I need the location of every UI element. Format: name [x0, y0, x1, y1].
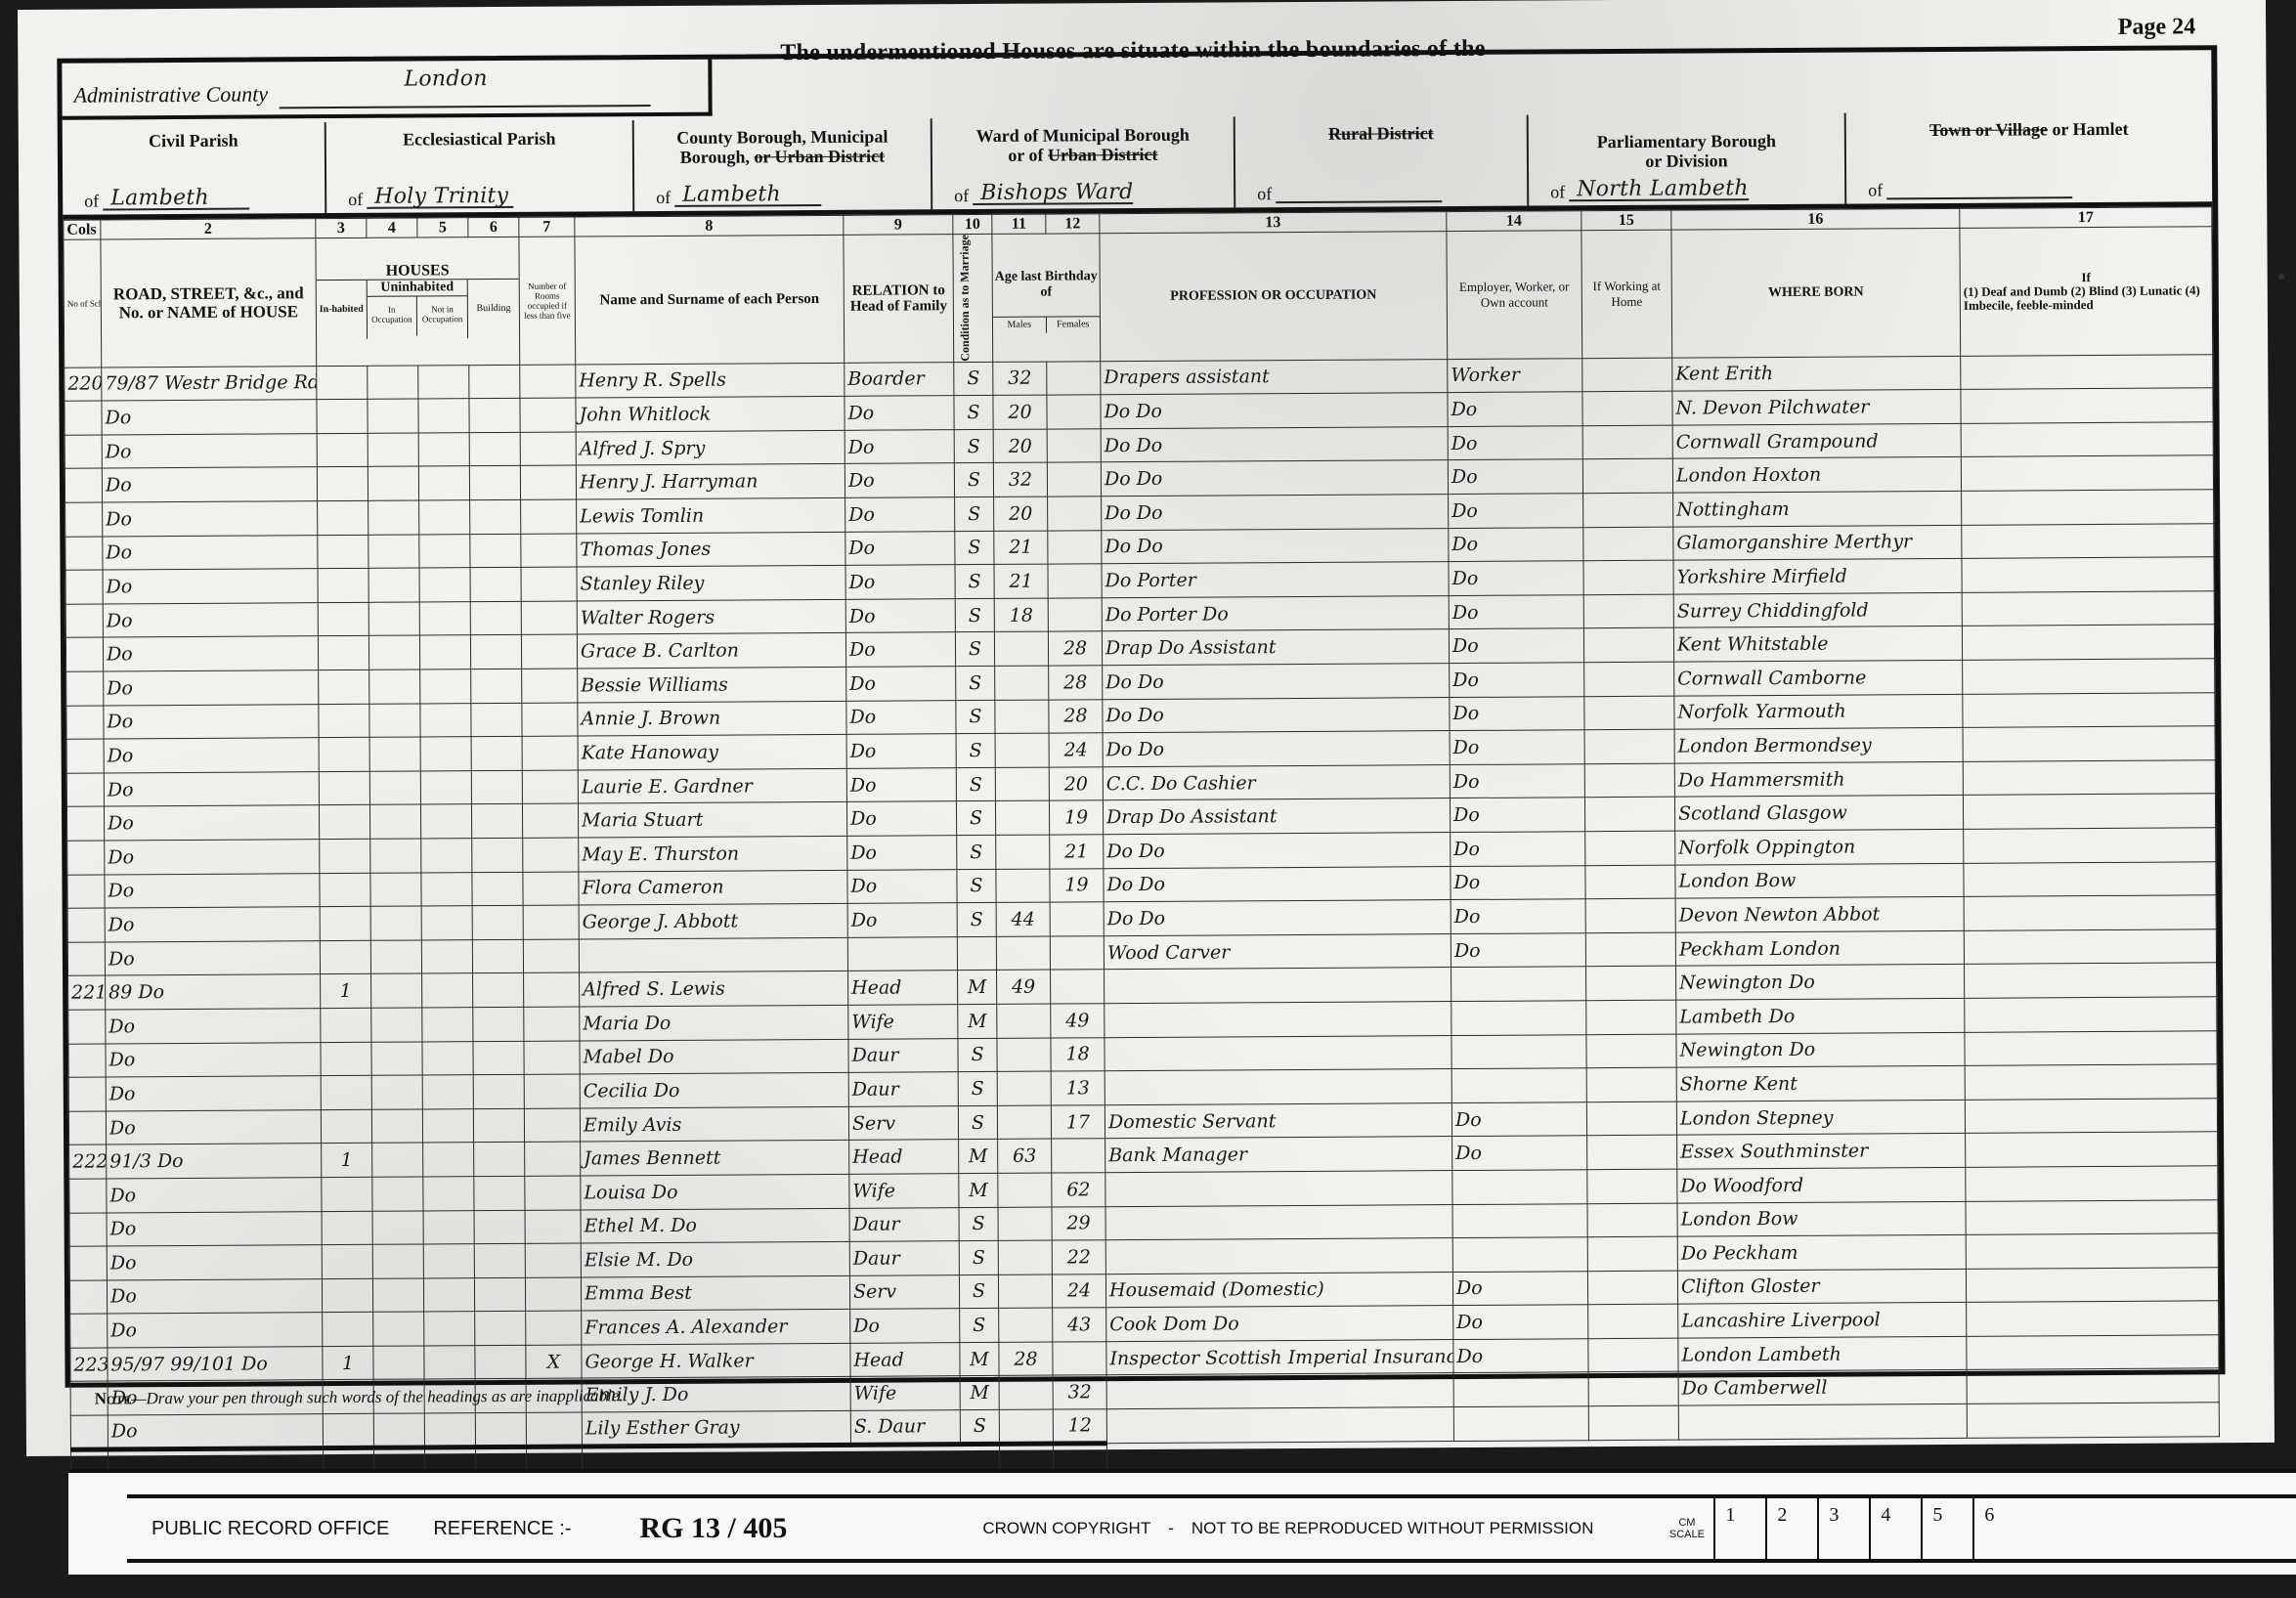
- schedule-number: [69, 1179, 107, 1213]
- houses-inhabited: [322, 1244, 372, 1278]
- infirmity: [1963, 794, 2215, 829]
- houses-in-occupation: [368, 602, 419, 636]
- col-working-home: If Working at Home: [1581, 230, 1672, 358]
- employment-status: Do: [1449, 561, 1583, 595]
- parliamentary-borough: Parliamentary Boroughor Division ofNorth…: [1529, 113, 1847, 206]
- schedule-number: [65, 502, 103, 537]
- houses-not-in-occupation: [424, 1413, 475, 1447]
- employment-status: [1451, 1001, 1586, 1035]
- road-street: Do: [104, 704, 319, 739]
- infirmity: [1963, 692, 2215, 727]
- road-street: Do: [105, 840, 320, 875]
- rooms-count: [520, 398, 576, 432]
- occupation: Domestic Servant: [1105, 1102, 1451, 1139]
- road-street: Do: [106, 1042, 321, 1077]
- employment-status: Do: [1449, 628, 1583, 663]
- marital-condition: S: [955, 531, 994, 565]
- houses-inhabited: [318, 569, 368, 603]
- person-name: Flora Cameron: [579, 870, 847, 905]
- infirmity: [1965, 963, 2217, 998]
- employment-status: [1453, 1406, 1588, 1441]
- age-male: 21: [994, 564, 1048, 598]
- relation-to-head: Do: [850, 1309, 960, 1343]
- age-male: [995, 767, 1049, 801]
- houses-not-in-occupation: [424, 1312, 475, 1346]
- houses-not-in-occupation: [422, 1041, 473, 1075]
- age-male: 32: [993, 463, 1047, 497]
- person-name: Henry R. Spells: [576, 363, 845, 398]
- employment-status: [1451, 1068, 1586, 1102]
- employment-status: Do: [1450, 663, 1584, 697]
- relation-to-head: Do: [845, 463, 954, 497]
- relation-to-head: Wife: [848, 1005, 958, 1039]
- relation-to-head: Do: [845, 396, 954, 430]
- occupation: [1105, 1238, 1452, 1274]
- infirmity: [1963, 726, 2215, 761]
- infirmity: [1966, 1233, 2218, 1269]
- schedule-number: [65, 468, 102, 502]
- road-street: Do: [104, 805, 319, 841]
- person-name: Lily Esther Gray: [582, 1410, 850, 1446]
- houses-inhabited: [319, 771, 369, 805]
- road-street: Do: [103, 535, 318, 570]
- occupation: Wood Carver: [1104, 933, 1451, 970]
- employment-status: Do: [1448, 426, 1582, 460]
- occupation: Do Do: [1103, 664, 1450, 700]
- houses-inhabited: [318, 602, 368, 636]
- houses-not-in-occupation: [420, 703, 471, 737]
- relation-to-head: Do: [845, 598, 955, 632]
- schedule-number: [66, 739, 104, 773]
- infirmity: [1961, 354, 2213, 389]
- relation-to-head: [847, 936, 957, 971]
- houses-building: [475, 1312, 526, 1346]
- houses-building: [469, 432, 520, 466]
- houses-not-in-occupation: [423, 1244, 474, 1278]
- page-number: Page 24: [2118, 14, 2195, 40]
- schedule-number: [70, 1415, 108, 1449]
- houses-building: [475, 1412, 526, 1447]
- houses-building: [473, 1108, 524, 1143]
- occupation: Do Do: [1104, 833, 1451, 869]
- working-at-home: [1586, 1034, 1676, 1068]
- age-male: [996, 936, 1050, 971]
- age-male: [999, 1376, 1053, 1410]
- working-at-home: [1583, 527, 1673, 561]
- working-at-home: [1584, 763, 1674, 798]
- birthplace: London Stepney: [1676, 1100, 1965, 1135]
- birthplace: Glamorganshire Merthyr: [1673, 525, 1962, 560]
- occupation: Do Do: [1103, 731, 1450, 767]
- birthplace: Do Woodford: [1677, 1167, 1966, 1202]
- birthplace: London Bermondsey: [1674, 728, 1963, 763]
- person-name: Cecilia Do: [580, 1072, 848, 1107]
- road-street: Do: [105, 873, 320, 908]
- houses-inhabited: [317, 433, 368, 467]
- road-street: Do: [108, 1313, 323, 1348]
- employment-status: Do: [1452, 1136, 1587, 1170]
- occupation: Inspector Scottish Imperial Insurance Co: [1106, 1339, 1453, 1375]
- road-street: Do: [106, 1109, 321, 1145]
- working-at-home: [1587, 1236, 1677, 1271]
- houses-inhabited: [320, 839, 370, 873]
- infirmity: [1961, 422, 2213, 457]
- marital-condition: M: [959, 1173, 998, 1207]
- rooms-count: [522, 770, 578, 804]
- age-female: [1048, 497, 1102, 531]
- marital-condition: M: [959, 1140, 998, 1174]
- houses-building: [470, 568, 521, 602]
- houses-inhabited: [318, 500, 368, 535]
- age-male: 18: [994, 598, 1048, 632]
- copyright-label: CROWN COPYRIGHT: [982, 1519, 1150, 1538]
- person-name: John Whitlock: [576, 397, 845, 432]
- person-name: Mabel Do: [580, 1039, 848, 1074]
- houses-in-occupation: [368, 535, 419, 569]
- age-female: 49: [1051, 1004, 1105, 1038]
- person-name: Bessie Williams: [578, 667, 846, 702]
- schedule-number: 223: [70, 1348, 108, 1382]
- schedule-number: [65, 570, 103, 604]
- marital-condition: S: [954, 429, 993, 463]
- rooms-count: [524, 1074, 580, 1108]
- relation-to-head: Daur: [849, 1241, 959, 1275]
- houses-building: [474, 1277, 525, 1312]
- houses-not-in-occupation: [418, 466, 469, 500]
- birthplace: Shorne Kent: [1676, 1065, 1965, 1101]
- census-sheet: Page 24 The undermentioned Houses are si…: [18, 0, 2274, 1456]
- ecclesiastical-parish: Ecclesiastical Parish ofHoly Trinity: [326, 120, 635, 213]
- marital-condition: M: [958, 1004, 997, 1038]
- houses-not-in-occupation: [419, 500, 470, 535]
- age-male: 44: [996, 902, 1050, 936]
- houses-in-occupation: [372, 1143, 423, 1177]
- employment-status: Do: [1448, 459, 1582, 494]
- age-female: 28: [1049, 699, 1103, 733]
- infirmity: [1967, 1368, 2219, 1404]
- relation-to-head: Do: [847, 836, 957, 870]
- age-male: [999, 1409, 1053, 1444]
- occupation: Drap Do Assistant: [1103, 799, 1450, 835]
- relation-to-head: S. Daur: [850, 1410, 960, 1445]
- marital-condition: S: [956, 700, 995, 734]
- employment-status: Do: [1450, 764, 1584, 799]
- relation-to-head: Do: [846, 801, 956, 836]
- age-female: [1050, 935, 1104, 970]
- infirmity: [1966, 1166, 2218, 1201]
- schedule-number: [67, 875, 105, 909]
- infirmity: [1962, 557, 2214, 592]
- age-female: 12: [1053, 1409, 1106, 1444]
- houses-building: [470, 534, 521, 568]
- marital-condition: M: [958, 971, 997, 1005]
- birthplace: London Hoxton: [1672, 457, 1961, 493]
- houses-not-in-occupation: [421, 872, 472, 906]
- birthplace: Surrey Chiddingfold: [1673, 592, 1962, 627]
- age-female: 28: [1049, 666, 1103, 700]
- reference-band: PUBLIC RECORD OFFICE REFERENCE :- RG 13 …: [127, 1494, 2296, 1563]
- age-male: 32: [993, 362, 1047, 396]
- houses-building: [474, 1176, 525, 1210]
- houses-building: [473, 1074, 524, 1108]
- rooms-count: [521, 499, 577, 534]
- houses-inhabited: [318, 535, 368, 569]
- age-female: 19: [1049, 800, 1103, 835]
- houses-not-in-occupation: [422, 1108, 473, 1143]
- houses-inhabited: 1: [321, 974, 371, 1009]
- houses-building: [472, 872, 523, 906]
- road-street: Do: [106, 1009, 321, 1044]
- houses-not-in-occupation: [423, 1277, 474, 1312]
- relation-to-head: Do: [847, 869, 957, 903]
- age-male: 20: [993, 429, 1047, 463]
- schedule-number: [65, 537, 103, 571]
- working-at-home: [1583, 560, 1673, 594]
- working-at-home: [1583, 594, 1673, 628]
- working-at-home: [1586, 1067, 1676, 1101]
- working-at-home: [1588, 1372, 1678, 1406]
- houses-not-in-occupation: [421, 939, 472, 973]
- road-street: Do: [107, 1278, 322, 1314]
- marital-condition: S: [955, 598, 994, 632]
- occupation: Drapers assistant: [1101, 359, 1448, 395]
- rooms-count: [525, 1277, 581, 1312]
- schedule-number: [69, 1246, 107, 1280]
- houses-not-in-occupation: [418, 365, 469, 399]
- schedule-number: [65, 604, 103, 638]
- rural-district: Rural District of: [1235, 115, 1530, 208]
- employment-status: Do: [1450, 798, 1584, 832]
- relation-to-head: Wife: [849, 1174, 959, 1208]
- houses-not-in-occupation: [422, 1008, 473, 1042]
- birthplace: London Lambeth: [1678, 1336, 1967, 1371]
- person-name: Stanley Riley: [577, 566, 845, 601]
- marital-condition: S: [957, 869, 996, 903]
- birthplace: Kent Erith: [1672, 356, 1961, 391]
- houses-building: [472, 838, 523, 872]
- age-female: [1047, 395, 1101, 429]
- office-label: PUBLIC RECORD OFFICE: [152, 1518, 389, 1540]
- houses-not-in-occupation: [420, 770, 471, 804]
- employment-status: [1453, 1372, 1588, 1406]
- houses-building: [474, 1143, 525, 1177]
- employment-status: Do: [1453, 1305, 1588, 1339]
- age-male: [995, 733, 1049, 767]
- schedule-number: [65, 435, 102, 469]
- marital-condition: S: [956, 767, 995, 801]
- infirmity: [1967, 1301, 2219, 1336]
- col-infirmity: If (1) Deaf and Dumb (2) Blind (3) Lunat…: [1960, 227, 2213, 356]
- houses-inhabited: 1: [323, 1346, 373, 1380]
- rooms-count: [524, 1108, 580, 1143]
- rooms-count: [520, 432, 576, 466]
- rooms-count: [525, 1142, 581, 1176]
- age-male: 49: [997, 970, 1051, 1004]
- age-male: [998, 1240, 1052, 1274]
- road-street: Do: [105, 907, 320, 942]
- birthplace: Lambeth Do: [1676, 998, 1965, 1033]
- person-name: Ethel M. Do: [581, 1208, 849, 1243]
- marital-condition: S: [958, 1038, 997, 1072]
- houses-inhabited: [322, 1177, 372, 1211]
- infirmity: [1962, 591, 2214, 626]
- houses-not-in-occupation: [419, 635, 470, 669]
- person-name: Frances A. Alexander: [582, 1310, 850, 1345]
- birthplace: Do Hammersmith: [1674, 761, 1963, 797]
- schedule-number: [66, 706, 104, 740]
- houses-inhabited: [319, 805, 369, 840]
- person-name: Alfred J. Spry: [576, 430, 845, 465]
- employment-status: Do: [1451, 899, 1585, 933]
- working-at-home: [1587, 1169, 1677, 1203]
- working-at-home: [1582, 425, 1672, 459]
- occupation: Bank Manager: [1105, 1137, 1452, 1173]
- age-male: [995, 800, 1049, 835]
- person-name: Louisa Do: [581, 1174, 849, 1209]
- houses-in-occupation: [370, 839, 421, 873]
- age-female: 28: [1048, 631, 1102, 666]
- infirmity: [1964, 861, 2216, 896]
- houses-inhabited: [320, 873, 370, 907]
- place-boundaries: Civil Parish ofLambeth Ecclesiastical Pa…: [63, 110, 2213, 219]
- houses-building: [469, 365, 520, 399]
- employment-status: Do: [1451, 932, 1585, 967]
- relation-to-head: Do: [845, 632, 955, 667]
- occupation: Do Do: [1101, 393, 1448, 429]
- occupation: Housemaid (Domestic): [1105, 1272, 1452, 1308]
- person-name: Emily Avis: [580, 1106, 848, 1142]
- houses-inhabited: [319, 738, 369, 772]
- working-at-home: [1582, 358, 1672, 392]
- infirmity: [1961, 455, 2213, 491]
- working-at-home: [1585, 898, 1675, 932]
- marital-condition: M: [960, 1342, 999, 1376]
- age-male: [997, 1071, 1051, 1105]
- col-schedule: No of Schedule: [64, 239, 102, 367]
- infirmity: [1967, 1335, 2219, 1370]
- working-at-home: [1586, 966, 1676, 1000]
- occupation: Cook Dom Do: [1106, 1306, 1453, 1342]
- rooms-count: [522, 803, 578, 838]
- houses-in-occupation: [370, 906, 421, 940]
- census-rows: 22079/87 Westr Bridge Rd ContdHenry R. S…: [65, 354, 2220, 1448]
- age-female: 24: [1049, 733, 1103, 767]
- houses-building: [474, 1243, 525, 1277]
- reference-label: REFERENCE :-: [433, 1518, 571, 1540]
- schedule-number: [68, 1010, 106, 1044]
- rooms-count: [524, 972, 580, 1007]
- infirmity: [1962, 523, 2214, 558]
- rooms-count: [521, 567, 577, 601]
- employment-status: Do: [1449, 527, 1583, 561]
- age-male: [996, 869, 1050, 903]
- person-name: [579, 937, 847, 972]
- houses-not-in-occupation: [420, 669, 471, 704]
- houses-in-occupation: [373, 1312, 424, 1346]
- occupation: Do Porter: [1102, 562, 1449, 598]
- houses-building: [474, 1210, 525, 1244]
- rooms-count: [524, 1041, 580, 1075]
- road-street: 89 Do: [106, 974, 321, 1010]
- road-street: Do: [103, 501, 318, 537]
- age-male: 21: [994, 531, 1048, 565]
- relation-to-head: Do: [845, 531, 955, 565]
- employment-status: Worker: [1448, 358, 1582, 392]
- occupation: Do Do: [1102, 528, 1449, 564]
- houses-in-occupation: [368, 500, 419, 535]
- schedule-number: [66, 671, 104, 706]
- person-name: Emma Best: [581, 1275, 849, 1311]
- person-name: Elsie M. Do: [581, 1241, 849, 1276]
- infirmity: [1961, 388, 2213, 423]
- occupation: [1105, 1170, 1452, 1206]
- houses-building: [472, 906, 523, 940]
- marital-condition: S: [958, 1105, 997, 1140]
- col-where-born: WHERE BORN: [1671, 228, 1961, 357]
- age-female: 24: [1052, 1274, 1105, 1308]
- age-female: 22: [1052, 1240, 1105, 1274]
- relation-to-head: Do: [846, 700, 956, 734]
- houses-inhabited: [319, 704, 369, 738]
- working-at-home: [1586, 1000, 1676, 1034]
- occupation: Do Do: [1103, 697, 1450, 733]
- person-name: Thomas Jones: [577, 532, 845, 567]
- houses-building: [475, 1345, 526, 1379]
- county-borough: County Borough, MunicipalBorough, or Urb…: [634, 118, 933, 211]
- houses-not-in-occupation: [424, 1346, 475, 1380]
- birthplace: Norfolk Yarmouth: [1674, 694, 1963, 729]
- cm-scale: 123 456: [1713, 1498, 2024, 1559]
- occupation: [1105, 1001, 1451, 1037]
- person-name: George J. Abbott: [579, 903, 847, 938]
- houses-building: [473, 1007, 524, 1041]
- road-street: Do: [107, 1211, 322, 1246]
- houses-not-in-occupation: [422, 1075, 473, 1109]
- marital-condition: S: [958, 1072, 997, 1106]
- working-at-home: [1584, 729, 1674, 763]
- houses-inhabited: [319, 669, 369, 704]
- schedule-number: [67, 841, 105, 875]
- relation-to-head: Serv: [849, 1274, 959, 1309]
- houses-building: [471, 703, 522, 737]
- infirmity: [1962, 490, 2214, 525]
- birthplace: Essex Southminster: [1677, 1134, 1966, 1169]
- houses-in-occupation: [369, 737, 420, 771]
- person-name: Annie J. Brown: [578, 701, 846, 736]
- schedule-number: 221: [68, 975, 106, 1010]
- houses-not-in-occupation: [423, 1143, 474, 1177]
- working-at-home: [1584, 798, 1674, 832]
- birthplace: Kent Whitstable: [1673, 626, 1962, 662]
- marital-condition: S: [957, 835, 996, 869]
- schedule-number: [69, 1280, 107, 1315]
- rooms-count: [520, 365, 576, 399]
- houses-in-occupation: [369, 669, 420, 704]
- road-street: 79/87 Westr Bridge Rd Contd: [102, 366, 317, 401]
- employment-status: [1451, 1034, 1586, 1068]
- schedule-number: [69, 1212, 107, 1246]
- age-female: [1050, 902, 1104, 936]
- archive-footer: PUBLIC RECORD OFFICE REFERENCE :- RG 13 …: [68, 1469, 2296, 1575]
- infirmity: [1963, 760, 2215, 796]
- marital-condition: S: [954, 396, 993, 430]
- rooms-count: [522, 669, 578, 703]
- occupation: Do Do: [1104, 900, 1451, 936]
- age-female: 29: [1052, 1206, 1105, 1240]
- houses-building: [473, 1041, 524, 1075]
- houses-in-occupation: [368, 366, 418, 400]
- employment-status: Do: [1451, 1101, 1586, 1136]
